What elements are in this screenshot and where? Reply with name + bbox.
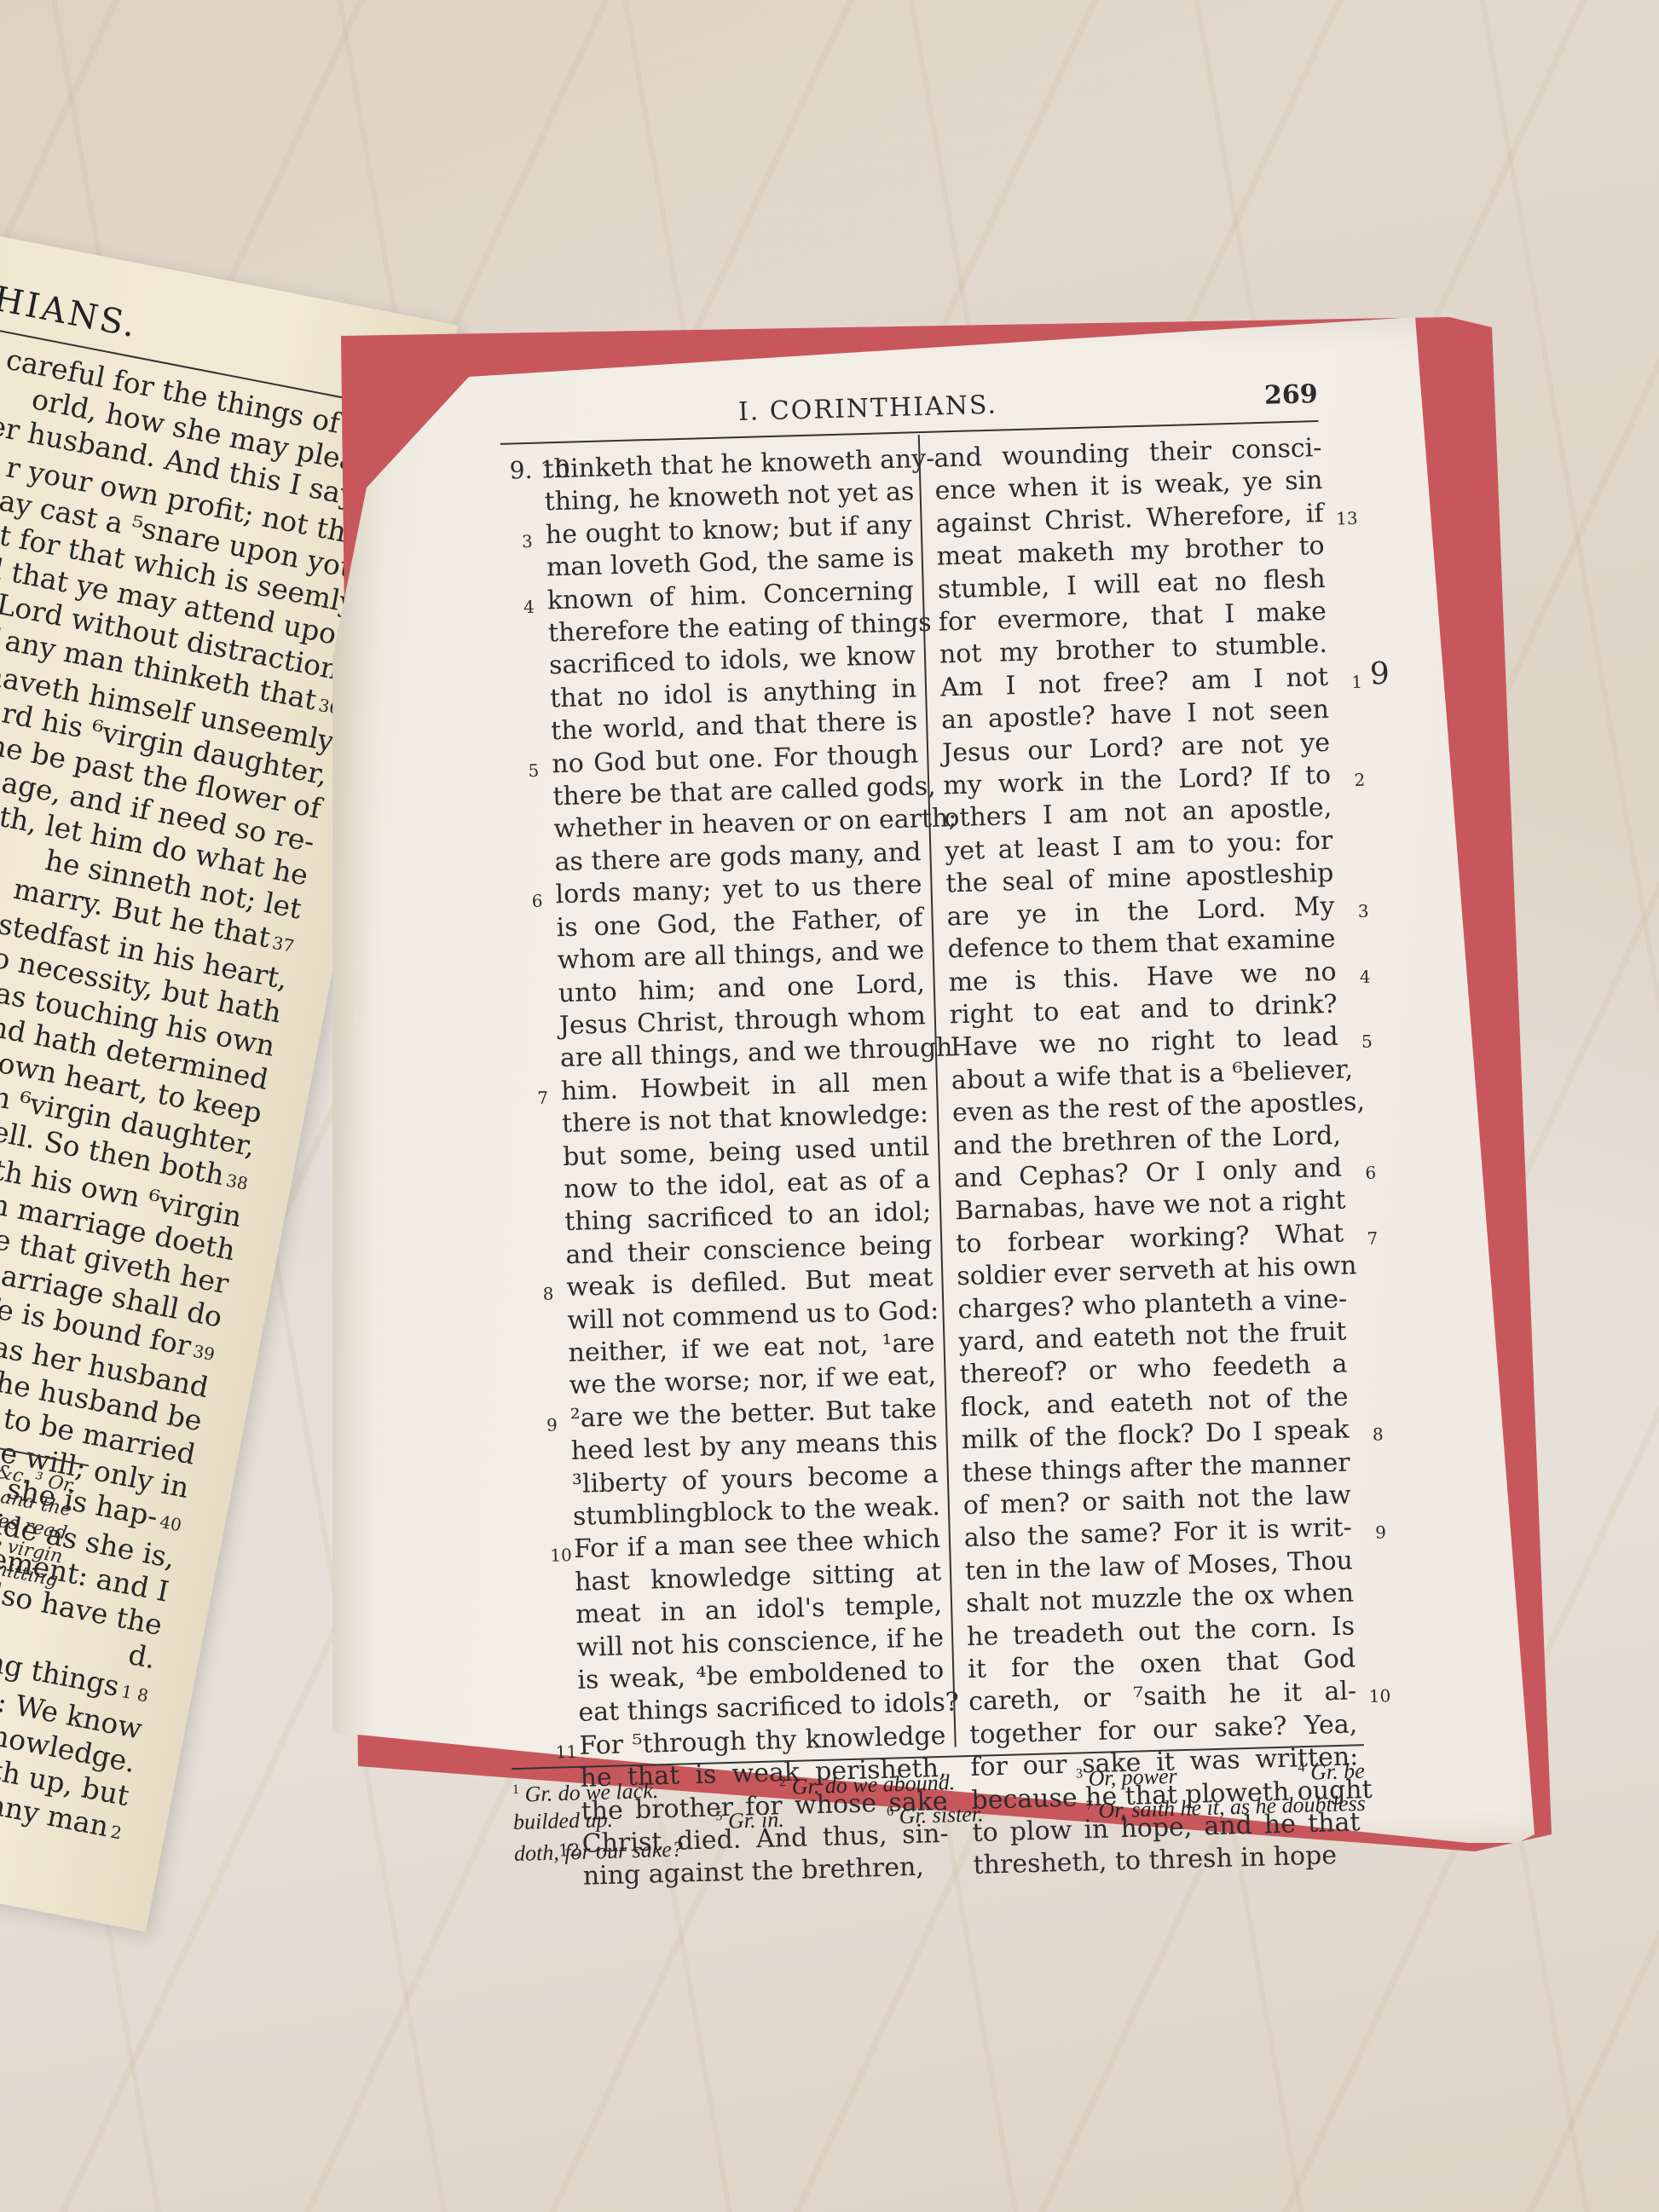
footnote: builded up. xyxy=(513,1805,614,1840)
footnote-text: Or, saith he it, as he doubtless xyxy=(1098,1790,1366,1822)
verse-number: 38 xyxy=(224,1170,250,1193)
chapter-number: 9 xyxy=(1369,658,1390,691)
verse-number: 3 xyxy=(522,525,534,558)
verse-number: 39 xyxy=(191,1341,217,1365)
verse-number: 8 xyxy=(542,1278,554,1311)
footnote-marker: 5 xyxy=(715,1809,722,1823)
verse-number: 6 xyxy=(1365,1156,1377,1189)
footnote-marker: 7 xyxy=(1086,1799,1093,1813)
verse-number: 5 xyxy=(1361,1025,1373,1059)
verse-number: 2 xyxy=(1354,764,1366,797)
footnote-marker: 2 xyxy=(779,1775,786,1789)
verse-number: 7 xyxy=(1367,1222,1379,1255)
footnote-text: Gr. in. xyxy=(728,1807,785,1834)
verse-number: 37 xyxy=(270,933,296,956)
verse-number: 40 xyxy=(158,1511,183,1535)
verse-number: 8 xyxy=(1372,1418,1384,1452)
footnote-text: Gr. sister. xyxy=(899,1801,984,1828)
footnote-marker: 3 xyxy=(1076,1766,1083,1781)
verse-number: 11 xyxy=(555,1736,578,1769)
verse-number: 9 xyxy=(1375,1516,1387,1550)
footnote-text: Gr. be xyxy=(1310,1759,1365,1785)
footnote-marker: 6 xyxy=(887,1804,893,1818)
footnote: 1 Gr. do we lack. xyxy=(512,1772,659,1808)
verse-number: 1 xyxy=(1351,666,1363,699)
footnote: 3 Or, power xyxy=(1076,1758,1178,1793)
verse-number: 1 8 xyxy=(119,1681,150,1707)
verse-number: 4 xyxy=(1359,960,1371,993)
page-number: 269 xyxy=(1264,379,1319,411)
footnote-text: Or, power xyxy=(1088,1764,1177,1791)
verse-number: 6 xyxy=(531,885,543,918)
verse-number: 9 xyxy=(546,1408,558,1441)
verse-number: 13 xyxy=(1336,502,1359,535)
right-page-content: I. CORINTHIANS. 269 9. 10 thinketh that … xyxy=(465,362,1408,1819)
footnote-marker: 1 xyxy=(512,1782,519,1797)
footnote-text: Gr. do we abound. xyxy=(791,1770,955,1799)
verse-number: 2 xyxy=(109,1822,124,1844)
footnote-marker: 4 xyxy=(1298,1760,1304,1775)
left-text-column: thinketh that he knoweth any-thing, he k… xyxy=(543,443,950,1893)
right-text-column: and wounding their consci-ence when it i… xyxy=(934,432,1361,1883)
footnote: 6 Gr. sister. xyxy=(887,1795,984,1830)
running-head: I. CORINTHIANS. xyxy=(737,390,997,427)
verse-number: 10 xyxy=(1368,1680,1391,1713)
verse-number: 10 xyxy=(550,1539,573,1572)
footnote: 4 Gr. be xyxy=(1298,1753,1365,1787)
line-text: d. xyxy=(126,1637,159,1675)
verse-number: 5 xyxy=(528,754,540,787)
footnote-text: builded up. xyxy=(513,1806,614,1834)
verse-number: 4 xyxy=(523,590,535,623)
footnote-continuation: doth, for our sake? xyxy=(514,1836,684,1868)
verse-number: 3 xyxy=(1357,894,1369,927)
footnote: 5 Gr. in. xyxy=(715,1801,784,1835)
verse-number: 7 xyxy=(537,1081,549,1114)
footnote-text: Gr. do we lack. xyxy=(524,1778,658,1806)
footnote: 2 Gr. do we abound. xyxy=(779,1764,956,1801)
